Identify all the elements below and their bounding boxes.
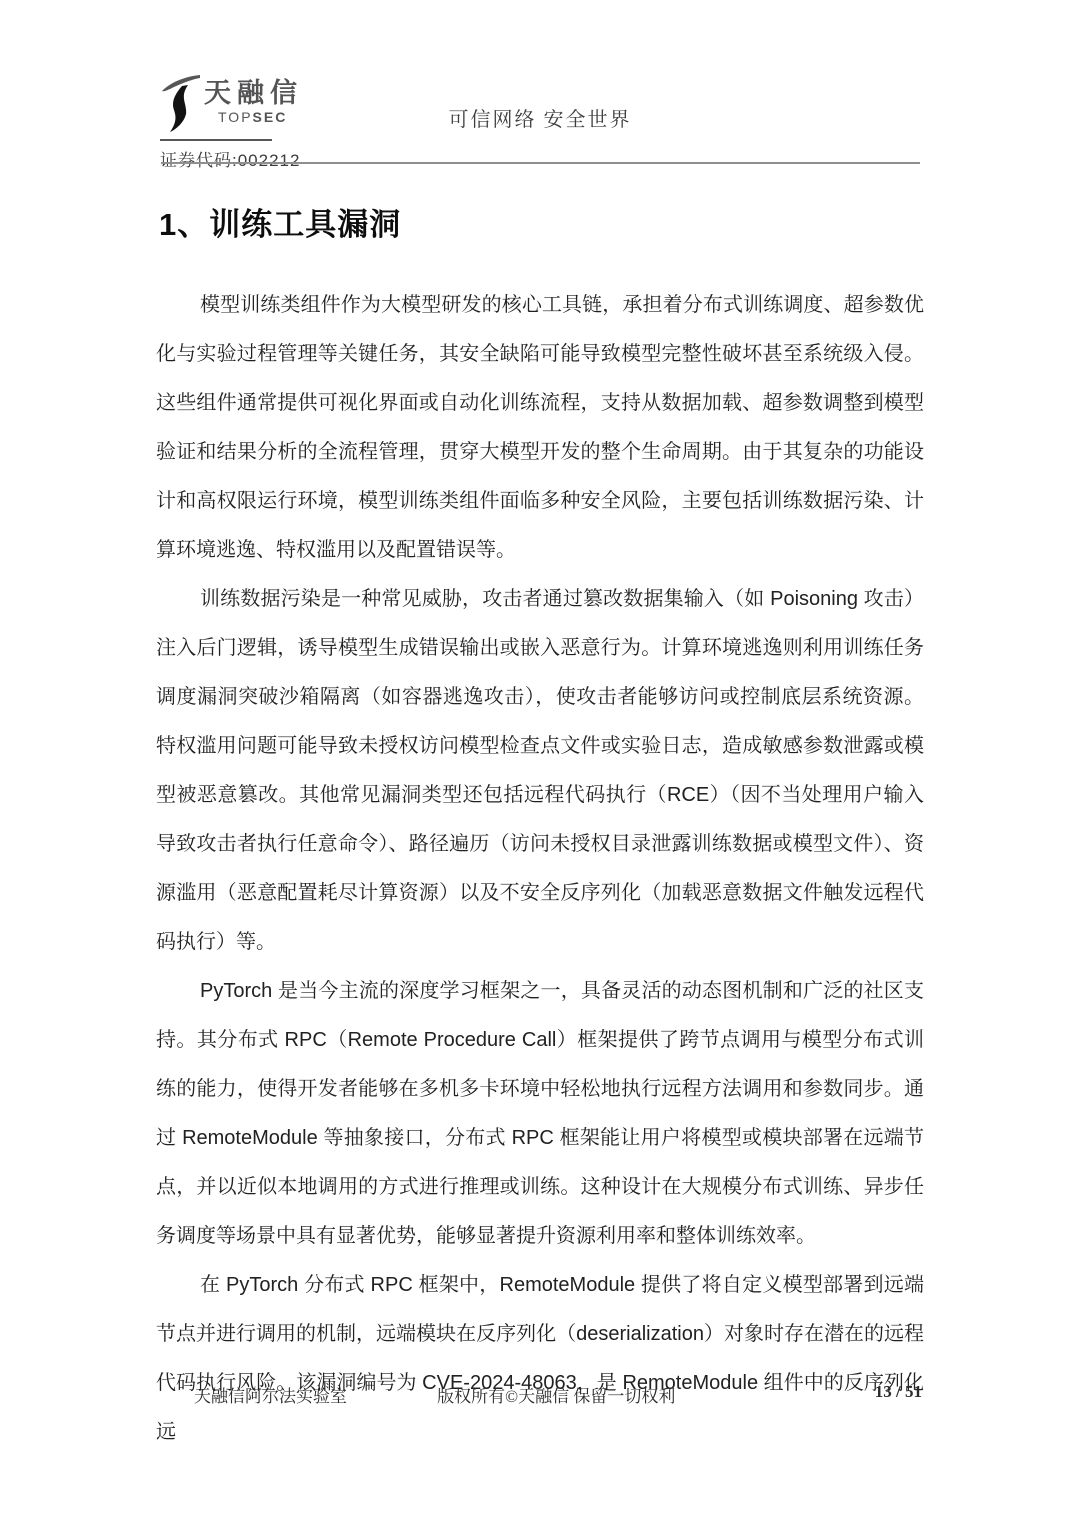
page-title: 1、训练工具漏洞	[159, 199, 401, 244]
page-footer: 天融信阿尔法实验室 版权所有©天融信 保留一切权利 13 / 51	[160, 1382, 922, 1406]
paragraph: PyTorch 是当今主流的深度学习框架之一，具备灵活的动态图机制和广泛的社区支…	[156, 967, 924, 1261]
header-slogan: 可信网络 安全世界	[0, 103, 1080, 132]
paragraph: 训练数据污染是一种常见威胁，攻击者通过篡改数据集输入（如 Poisoning 攻…	[156, 575, 924, 967]
paragraph: 在 PyTorch 分布式 RPC 框架中，RemoteModule 提供了将自…	[156, 1261, 924, 1457]
footer-lab-name: 天融信阿尔法实验室	[194, 1382, 347, 1407]
stock-code: 证券代码:002212	[160, 146, 303, 171]
footer-copyright: 版权所有©天融信 保留一切权利	[437, 1382, 675, 1407]
header-divider	[161, 162, 920, 164]
footer-page-number: 13 / 51	[875, 1382, 922, 1402]
document-page: 天融信 TOPSEC 证券代码:002212 可信网络 安全世界 1、训练工具漏…	[0, 0, 1080, 1526]
document-body: 模型训练类组件作为大模型研发的核心工具链，承担着分布式训练调度、超参数优化与实验…	[156, 281, 924, 1457]
logo-divider	[160, 139, 272, 141]
paragraph: 模型训练类组件作为大模型研发的核心工具链，承担着分布式训练调度、超参数优化与实验…	[156, 281, 924, 575]
